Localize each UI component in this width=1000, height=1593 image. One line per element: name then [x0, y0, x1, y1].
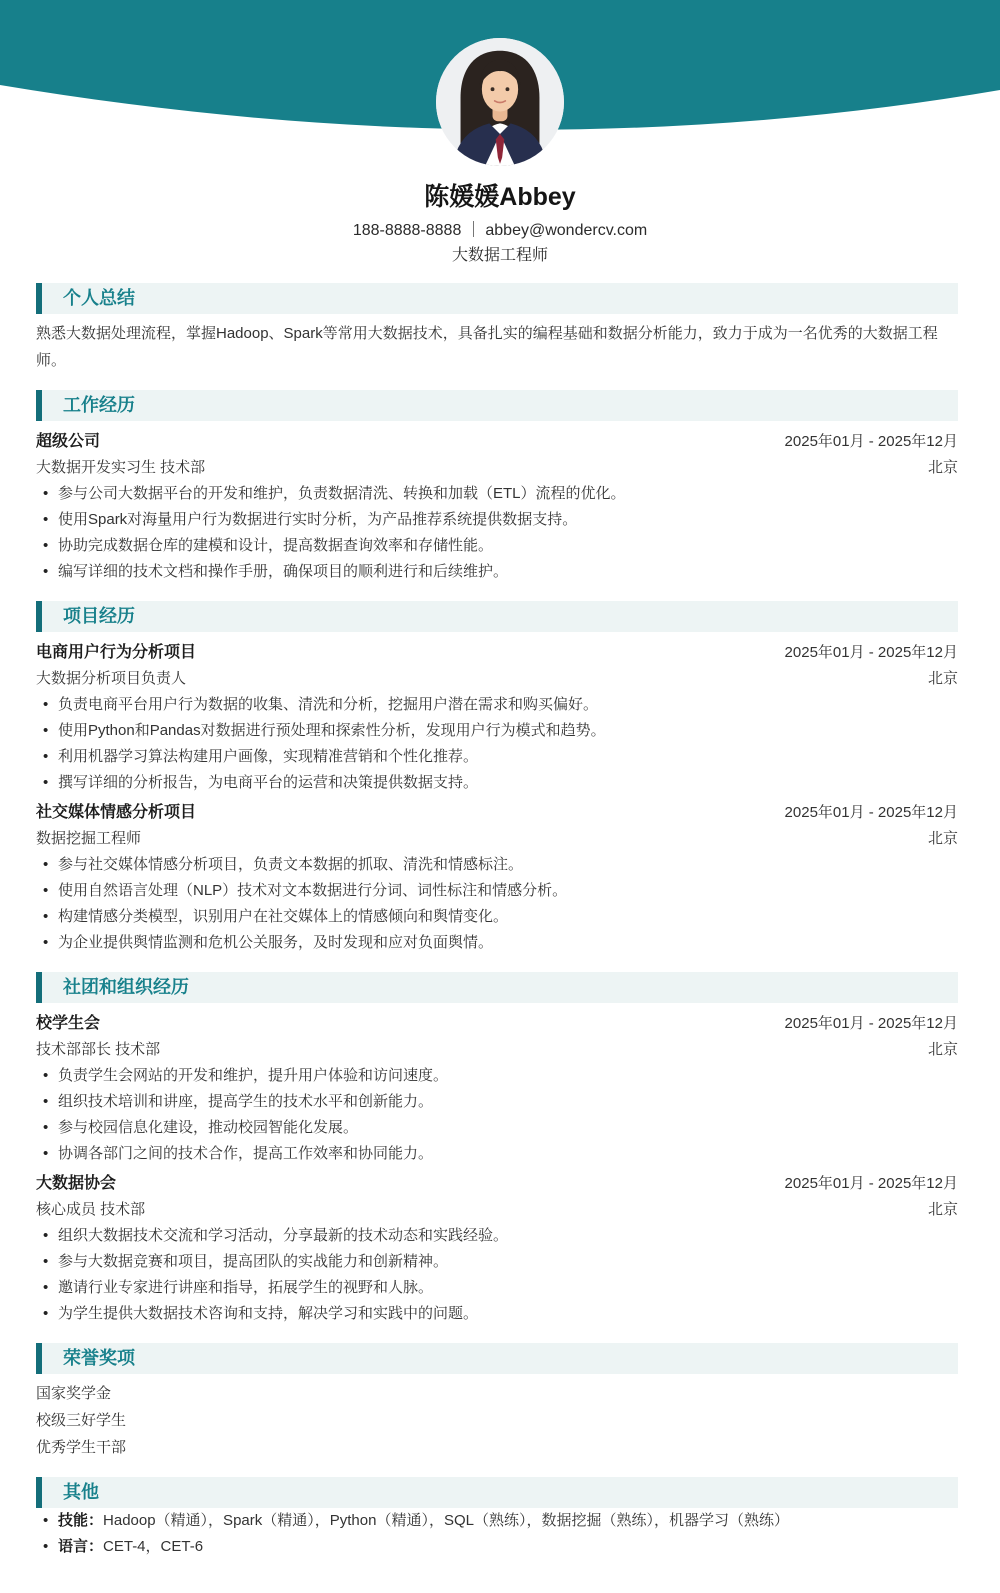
bullet-item: •撰写详细的分析报告，为电商平台的运营和决策提供数据支持。: [36, 770, 958, 796]
bullet-text: 负责电商平台用户行为数据的收集、清洗和分析，挖掘用户潜在需求和购买偏好。: [58, 692, 598, 718]
bullet-icon: •: [36, 507, 58, 533]
bullet-icon: •: [36, 878, 58, 904]
entry-org: 大数据协会: [36, 1171, 116, 1197]
bullet-list: •参与社交媒体情感分析项目，负责文本数据的抓取、清洗和情感标注。 •使用自然语言…: [36, 852, 958, 956]
bullet-text: 组织大数据技术交流和学习活动，分享最新的技术动态和实践经验。: [58, 1223, 508, 1249]
section-accent-bar: [36, 1477, 42, 1508]
entry-location: 北京: [928, 455, 958, 481]
profile-photo: [436, 38, 564, 166]
bullet-item: •构建情感分类模型，识别用户在社交媒体上的情感倾向和舆情变化。: [36, 904, 958, 930]
bullet-icon: •: [36, 1508, 58, 1534]
bullet-icon: •: [36, 744, 58, 770]
section-header-summary: 个人总结: [36, 283, 958, 314]
bullet-icon: •: [36, 1141, 58, 1167]
bullet-item: •负责电商平台用户行为数据的收集、清洗和分析，挖掘用户潜在需求和购买偏好。: [36, 692, 958, 718]
section-projects: 项目经历 电商用户行为分析项目 2025年01月 - 2025年12月 大数据分…: [36, 601, 958, 956]
bullet-item: •负责学生会网站的开发和维护，提升用户体验和访问速度。: [36, 1063, 958, 1089]
bullet-item: •参与社交媒体情感分析项目，负责文本数据的抓取、清洗和情感标注。: [36, 852, 958, 878]
contact-separator: ｜: [461, 222, 485, 239]
bullet-icon: •: [36, 1275, 58, 1301]
bullet-text: 邀请行业专家进行讲座和指导，拓展学生的视野和人脉。: [58, 1275, 433, 1301]
section-title: 社团和组织经历: [63, 977, 189, 997]
bullet-icon: •: [36, 1301, 58, 1327]
entry-date: 2025年01月 - 2025年12月: [785, 429, 958, 455]
entry-org: 电商用户行为分析项目: [36, 640, 196, 666]
bullet-icon: •: [36, 904, 58, 930]
bullet-text: 为学生提供大数据技术咨询和支持，解决学习和实践中的问题。: [58, 1301, 478, 1327]
entry-date: 2025年01月 - 2025年12月: [785, 1171, 958, 1197]
entry-header-row: 大数据协会 2025年01月 - 2025年12月: [36, 1171, 958, 1197]
other-item-value: Hadoop（精通），Spark（精通），Python（精通），SQL（熟练），…: [103, 1512, 789, 1529]
bullet-text: 参与校园信息化建设，推动校园智能化发展。: [58, 1115, 358, 1141]
bullet-text: 负责学生会网站的开发和维护，提升用户体验和访问速度。: [58, 1063, 448, 1089]
section-honors: 荣誉奖项 国家奖学金 校级三好学生 优秀学生干部: [36, 1343, 958, 1461]
bullet-icon: •: [36, 533, 58, 559]
entry-location: 北京: [928, 826, 958, 852]
bullet-item: •组织技术培训和讲座，提高学生的技术水平和创新能力。: [36, 1089, 958, 1115]
person-name: 陈媛媛Abbey: [0, 182, 1000, 212]
entry-role: 大数据开发实习生 技术部: [36, 455, 205, 481]
section-title: 工作经历: [63, 395, 135, 415]
section-header-other: 其他: [36, 1477, 958, 1508]
bullet-text: 参与社交媒体情感分析项目，负责文本数据的抓取、清洗和情感标注。: [58, 852, 523, 878]
bullet-item: •为企业提供舆情监测和危机公关服务，及时发现和应对负面舆情。: [36, 930, 958, 956]
bullet-item: •使用Python和Pandas对数据进行预处理和探索性分析，发现用户行为模式和…: [36, 718, 958, 744]
bullet-list: •参与公司大数据平台的开发和维护，负责数据清洗、转换和加载（ETL）流程的优化。…: [36, 481, 958, 585]
bullet-icon: •: [36, 1249, 58, 1275]
bullet-icon: •: [36, 770, 58, 796]
section-title: 荣誉奖项: [63, 1348, 135, 1368]
bullet-icon: •: [36, 1534, 58, 1560]
other-item-text: 技能：Hadoop（精通），Spark（精通），Python（精通），SQL（熟…: [58, 1508, 789, 1534]
bullet-item: •参与校园信息化建设，推动校园智能化发展。: [36, 1115, 958, 1141]
summary-text: 熟悉大数据处理流程，掌握Hadoop、Spark等常用大数据技术，具备扎实的编程…: [36, 320, 958, 374]
bullet-text: 参与大数据竞赛和项目，提高团队的实战能力和创新精神。: [58, 1249, 448, 1275]
bullet-text: 协调各部门之间的技术合作，提高工作效率和协同能力。: [58, 1141, 433, 1167]
bullet-list: •组织大数据技术交流和学习活动，分享最新的技术动态和实践经验。 •参与大数据竞赛…: [36, 1223, 958, 1327]
project-entry: 电商用户行为分析项目 2025年01月 - 2025年12月 大数据分析项目负责…: [36, 640, 958, 796]
bullet-text: 协助完成数据仓库的建模和设计，提高数据查询效率和存储性能。: [58, 533, 493, 559]
section-accent-bar: [36, 1343, 42, 1374]
section-header-work: 工作经历: [36, 390, 958, 421]
other-item-languages: •语言：CET-4，CET-6: [36, 1534, 958, 1560]
job-title: 大数据工程师: [0, 245, 1000, 267]
entry-header-row: 超级公司 2025年01月 - 2025年12月: [36, 429, 958, 455]
bullet-icon: •: [36, 1223, 58, 1249]
entry-org: 社交媒体情感分析项目: [36, 800, 196, 826]
bullet-text: 撰写详细的分析报告，为电商平台的运营和决策提供数据支持。: [58, 770, 478, 796]
section-accent-bar: [36, 972, 42, 1003]
bullet-text: 参与公司大数据平台的开发和维护，负责数据清洗、转换和加载（ETL）流程的优化。: [58, 481, 626, 507]
bullet-text: 编写详细的技术文档和操作手册，确保项目的顺利进行和后续维护。: [58, 559, 508, 585]
honor-item: 国家奖学金: [36, 1380, 958, 1407]
bullet-item: •编写详细的技术文档和操作手册，确保项目的顺利进行和后续维护。: [36, 559, 958, 585]
bullet-icon: •: [36, 852, 58, 878]
entry-role: 技术部部长 技术部: [36, 1037, 160, 1063]
entry-subheader-row: 数据挖掘工程师 北京: [36, 826, 958, 852]
section-organizations: 社团和组织经历 校学生会 2025年01月 - 2025年12月 技术部部长 技…: [36, 972, 958, 1327]
section-accent-bar: [36, 390, 42, 421]
section-title: 个人总结: [63, 288, 135, 308]
bullet-item: •为学生提供大数据技术咨询和支持，解决学习和实践中的问题。: [36, 1301, 958, 1327]
entry-location: 北京: [928, 1037, 958, 1063]
bullet-list: •负责学生会网站的开发和维护，提升用户体验和访问速度。 •组织技术培训和讲座，提…: [36, 1063, 958, 1167]
entry-role: 大数据分析项目负责人: [36, 666, 186, 692]
entry-location: 北京: [928, 1197, 958, 1223]
other-item-label: 语言：: [58, 1538, 103, 1555]
bullet-text: 使用自然语言处理（NLP）技术对文本数据进行分词、词性标注和情感分析。: [58, 878, 567, 904]
bullet-item: •协调各部门之间的技术合作，提高工作效率和协同能力。: [36, 1141, 958, 1167]
bullet-icon: •: [36, 1089, 58, 1115]
entry-subheader-row: 核心成员 技术部 北京: [36, 1197, 958, 1223]
other-item-label: 技能：: [58, 1512, 103, 1529]
organization-entry: 校学生会 2025年01月 - 2025年12月 技术部部长 技术部 北京 •负…: [36, 1011, 958, 1167]
bullet-text: 构建情感分类模型，识别用户在社交媒体上的情感倾向和舆情变化。: [58, 904, 508, 930]
bullet-item: •利用机器学习算法构建用户画像，实现精准营销和个性化推荐。: [36, 744, 958, 770]
email-address: abbey@wondercv.com: [485, 222, 647, 239]
entry-date: 2025年01月 - 2025年12月: [785, 640, 958, 666]
organization-entry: 大数据协会 2025年01月 - 2025年12月 核心成员 技术部 北京 •组…: [36, 1171, 958, 1327]
header-banner: [0, 0, 1000, 170]
section-header-organizations: 社团和组织经历: [36, 972, 958, 1003]
bullet-item: •使用Spark对海量用户行为数据进行实时分析，为产品推荐系统提供数据支持。: [36, 507, 958, 533]
entry-header-row: 社交媒体情感分析项目 2025年01月 - 2025年12月: [36, 800, 958, 826]
bullet-item: •参与大数据竞赛和项目，提高团队的实战能力和创新精神。: [36, 1249, 958, 1275]
entry-role: 核心成员 技术部: [36, 1197, 145, 1223]
profile-photo-illustration: [436, 38, 564, 166]
section-other: 其他 •技能：Hadoop（精通），Spark（精通），Python（精通），S…: [36, 1477, 958, 1560]
entry-subheader-row: 大数据开发实习生 技术部 北京: [36, 455, 958, 481]
entry-org: 超级公司: [36, 429, 100, 455]
project-entry: 社交媒体情感分析项目 2025年01月 - 2025年12月 数据挖掘工程师 北…: [36, 800, 958, 956]
honor-item: 校级三好学生: [36, 1407, 958, 1434]
honors-list: 国家奖学金 校级三好学生 优秀学生干部: [36, 1380, 958, 1461]
other-list: •技能：Hadoop（精通），Spark（精通），Python（精通），SQL（…: [36, 1508, 958, 1560]
bullet-text: 利用机器学习算法构建用户画像，实现精准营销和个性化推荐。: [58, 744, 478, 770]
honor-item: 优秀学生干部: [36, 1434, 958, 1461]
bullet-icon: •: [36, 1115, 58, 1141]
entry-header-row: 电商用户行为分析项目 2025年01月 - 2025年12月: [36, 640, 958, 666]
bullet-item: •邀请行业专家进行讲座和指导，拓展学生的视野和人脉。: [36, 1275, 958, 1301]
phone-number: 188-8888-8888: [353, 222, 462, 239]
entry-subheader-row: 技术部部长 技术部 北京: [36, 1037, 958, 1063]
section-accent-bar: [36, 283, 42, 314]
contact-line: 188-8888-8888｜abbey@wondercv.com: [0, 220, 1000, 242]
bullet-icon: •: [36, 559, 58, 585]
section-accent-bar: [36, 601, 42, 632]
entry-header-row: 校学生会 2025年01月 - 2025年12月: [36, 1011, 958, 1037]
bullet-item: •组织大数据技术交流和学习活动，分享最新的技术动态和实践经验。: [36, 1223, 958, 1249]
entry-subheader-row: 大数据分析项目负责人 北京: [36, 666, 958, 692]
bullet-item: •使用自然语言处理（NLP）技术对文本数据进行分词、词性标注和情感分析。: [36, 878, 958, 904]
section-title: 其他: [63, 1482, 99, 1502]
entry-location: 北京: [928, 666, 958, 692]
bullet-icon: •: [36, 1063, 58, 1089]
other-item-text: 语言：CET-4，CET-6: [58, 1534, 203, 1560]
bullet-text: 使用Spark对海量用户行为数据进行实时分析，为产品推荐系统提供数据支持。: [58, 507, 577, 533]
section-header-honors: 荣誉奖项: [36, 1343, 958, 1374]
bullet-text: 组织技术培训和讲座，提高学生的技术水平和创新能力。: [58, 1089, 433, 1115]
bullet-text: 使用Python和Pandas对数据进行预处理和探索性分析，发现用户行为模式和趋…: [58, 718, 606, 744]
entry-date: 2025年01月 - 2025年12月: [785, 800, 958, 826]
entry-date: 2025年01月 - 2025年12月: [785, 1011, 958, 1037]
bullet-icon: •: [36, 481, 58, 507]
bullet-icon: •: [36, 930, 58, 956]
bullet-item: •协助完成数据仓库的建模和设计，提高数据查询效率和存储性能。: [36, 533, 958, 559]
other-item-skills: •技能：Hadoop（精通），Spark（精通），Python（精通），SQL（…: [36, 1508, 958, 1534]
entry-role: 数据挖掘工程师: [36, 826, 141, 852]
bullet-text: 为企业提供舆情监测和危机公关服务，及时发现和应对负面舆情。: [58, 930, 493, 956]
work-entry: 超级公司 2025年01月 - 2025年12月 大数据开发实习生 技术部 北京…: [36, 429, 958, 585]
entry-org: 校学生会: [36, 1011, 100, 1037]
other-item-value: CET-4，CET-6: [103, 1538, 203, 1555]
section-summary: 个人总结 熟悉大数据处理流程，掌握Hadoop、Spark等常用大数据技术，具备…: [36, 283, 958, 374]
section-header-projects: 项目经历: [36, 601, 958, 632]
bullet-list: •负责电商平台用户行为数据的收集、清洗和分析，挖掘用户潜在需求和购买偏好。 •使…: [36, 692, 958, 796]
section-title: 项目经历: [63, 606, 135, 626]
bullet-icon: •: [36, 692, 58, 718]
bullet-icon: •: [36, 718, 58, 744]
section-work: 工作经历 超级公司 2025年01月 - 2025年12月 大数据开发实习生 技…: [36, 390, 958, 585]
resume-body: 个人总结 熟悉大数据处理流程，掌握Hadoop、Spark等常用大数据技术，具备…: [0, 283, 1000, 1580]
bullet-item: •参与公司大数据平台的开发和维护，负责数据清洗、转换和加载（ETL）流程的优化。: [36, 481, 958, 507]
